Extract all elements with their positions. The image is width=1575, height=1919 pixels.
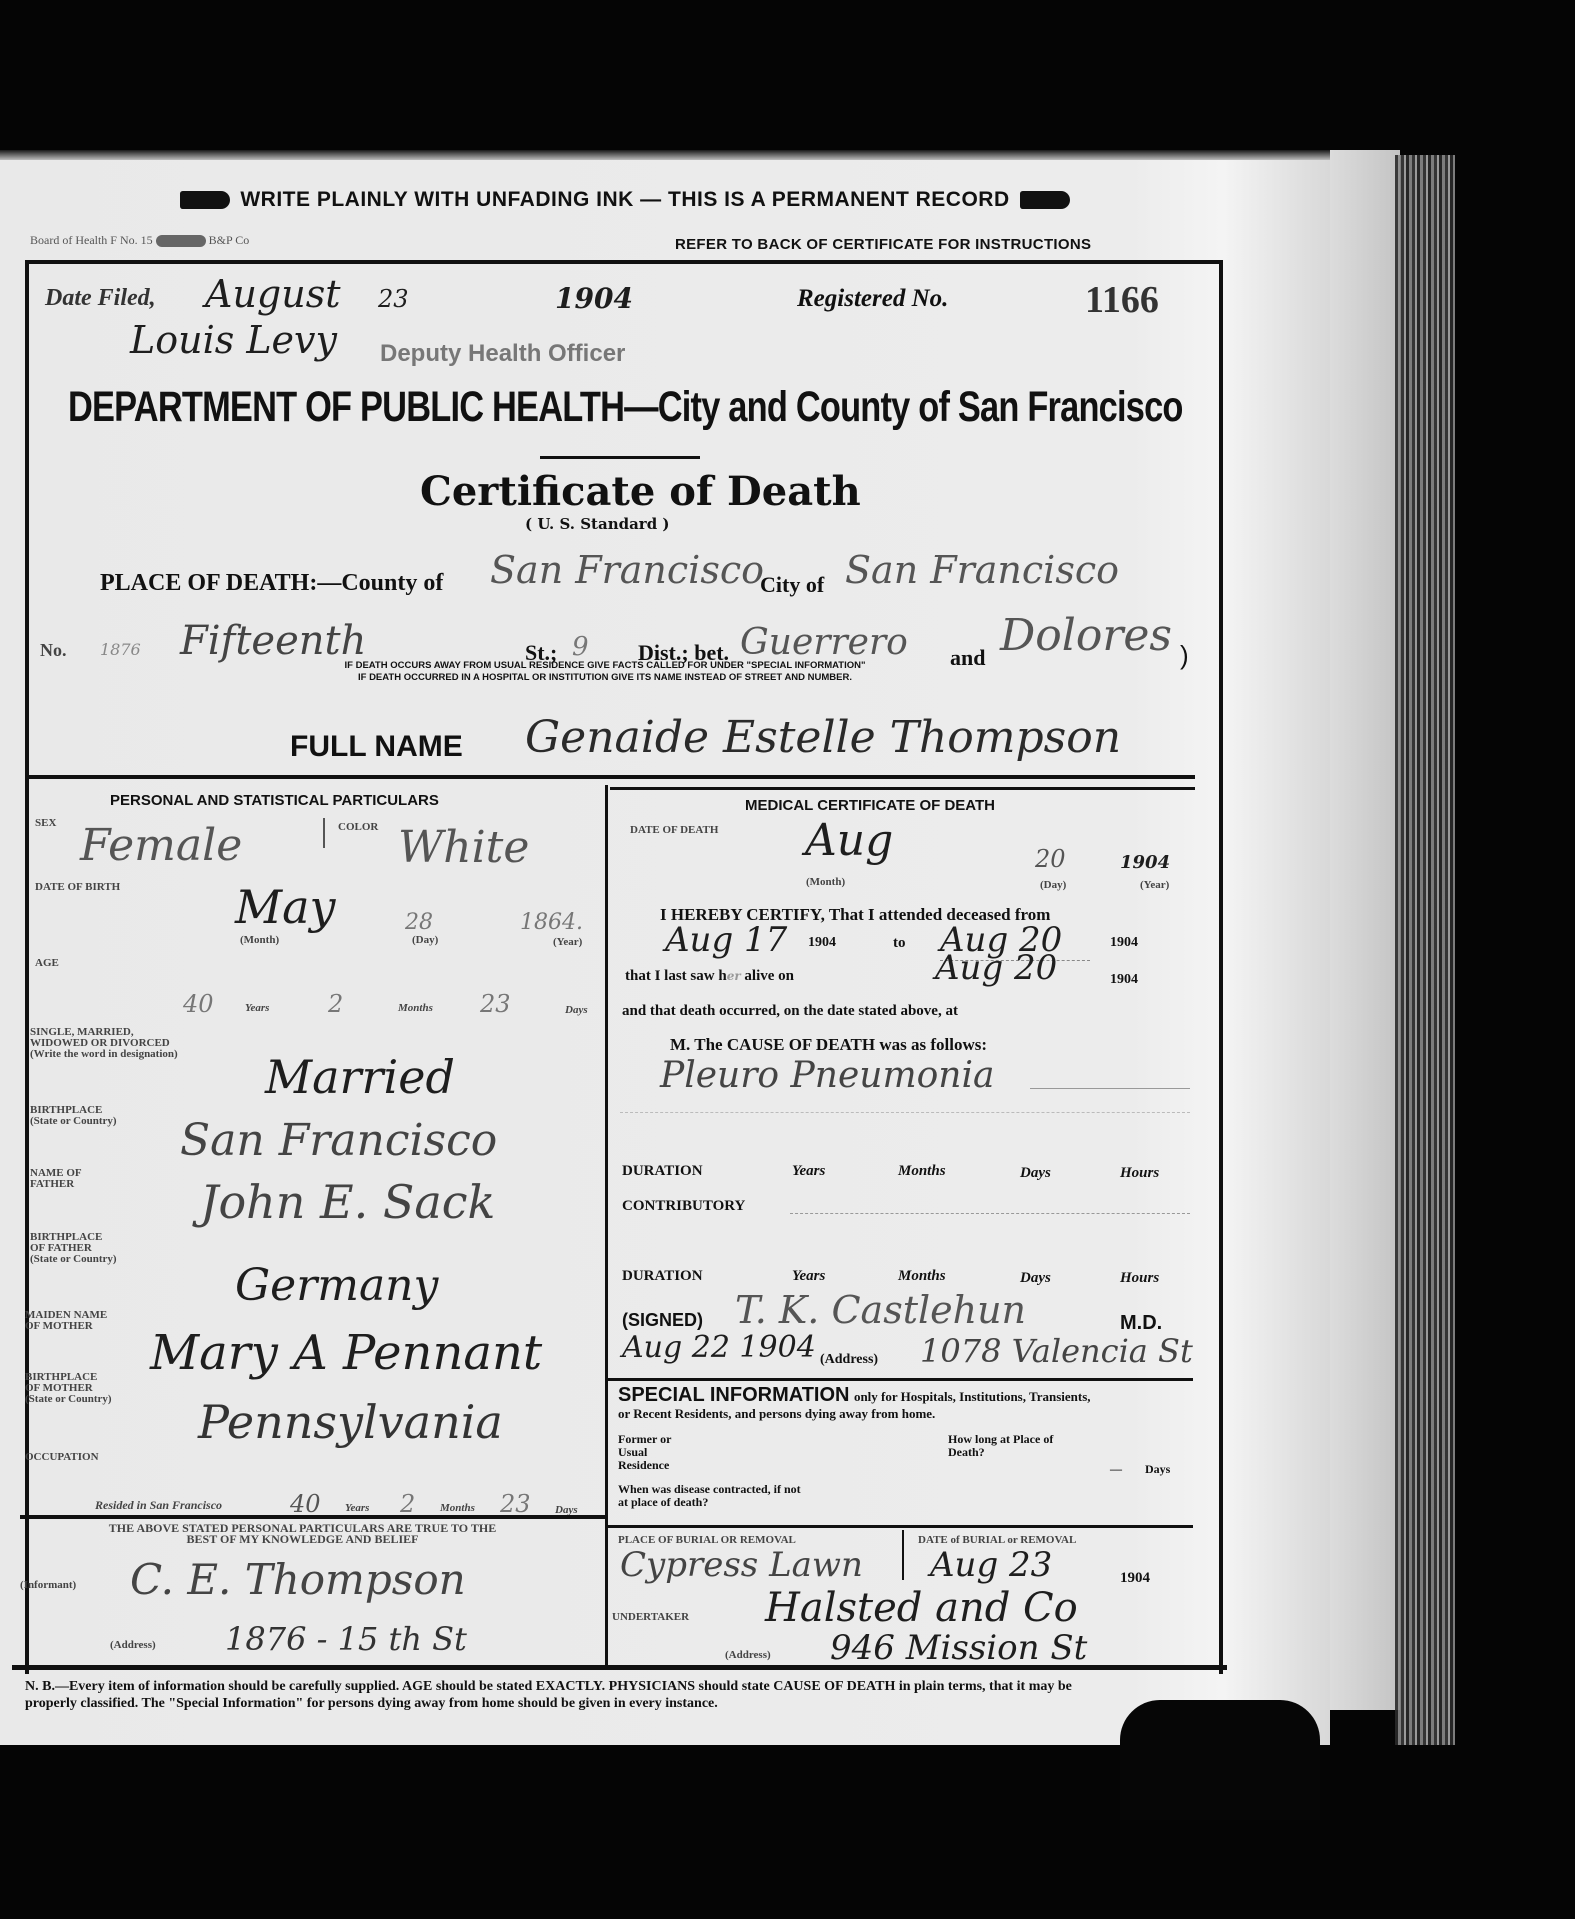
informant-label: (Informant) (20, 1580, 76, 1591)
form-number-text: Board of Health F No. 15 (30, 233, 153, 247)
duration-hours-2: Hours (1120, 1270, 1159, 1287)
age-days: 23 (480, 990, 511, 1018)
printer-seal-icon (156, 235, 206, 247)
cause-value: Pleuro Pneumonia (660, 1055, 994, 1096)
informant-name: C. E. Thompson (130, 1555, 466, 1604)
dob-year-caption: (Year) (553, 937, 582, 948)
duration-hours-1: Hours (1120, 1165, 1159, 1182)
certificate-title: Certificate of Death (420, 468, 861, 515)
occurred-text: and that death occurred, on the date sta… (622, 1003, 958, 1020)
burial-year: 1904 (1120, 1570, 1150, 1587)
place-of-death-notes: IF DEATH OCCURS AWAY FROM USUAL RESIDENC… (165, 660, 1045, 684)
physician-address: 1078 Valencia St (920, 1332, 1193, 1370)
duration-years-1: Years (792, 1163, 825, 1180)
dob-day-caption: (Day) (412, 935, 438, 946)
date-filed-label: Date Filed, (45, 285, 156, 312)
how-long-dash: — (1110, 1462, 1122, 1477)
note-line-1: IF DEATH OCCURS AWAY FROM USUAL RESIDENC… (165, 660, 1045, 672)
father-birthplace-value: Germany (235, 1260, 438, 1311)
ink-warning: WRITE PLAINLY WITH UNFADING INK — THIS I… (80, 188, 1170, 212)
color-value: White (398, 822, 529, 873)
special-heading: SPECIAL INFORMATION only for Hospitals, … (618, 1384, 1091, 1407)
date-filed-year: 1904 (555, 282, 633, 315)
us-standard: ( U. S. Standard ) (525, 515, 670, 533)
sex-color-divider (323, 818, 325, 848)
dod-day: 20 (1035, 845, 1066, 873)
mother-birthplace-label: BIRTHPLACE OF MOTHER (State or Country) (25, 1372, 112, 1405)
birthplace-label: BIRTHPLACE (State or Country) (30, 1105, 117, 1127)
dod-year: 1904 (1120, 852, 1170, 873)
birthplace-label-2: (State or Country) (30, 1116, 117, 1127)
informant-rule (20, 1515, 605, 1519)
contributory-line (790, 1213, 1190, 1214)
date-filed-day: 23 (378, 285, 409, 313)
age-years: 40 (183, 990, 214, 1018)
physician-signature: T. K. Castlehun (735, 1288, 1026, 1332)
age-years-caption: Years (245, 1003, 269, 1014)
personal-heading: PERSONAL AND STATISTICAL PARTICULARS (110, 792, 439, 809)
undertaker-address-label: (Address) (725, 1650, 771, 1661)
resided-months: 2 (400, 1490, 415, 1518)
mother-value: Mary A Pennant (150, 1325, 542, 1381)
full-name-label: FULL NAME (290, 730, 463, 764)
registered-label: Registered No. (797, 285, 948, 313)
attended-from: Aug 17 (665, 920, 787, 960)
street-number-label: No. (40, 640, 67, 661)
father-birthplace-label: BIRTHPLACE OF FATHER (State or Country) (30, 1232, 117, 1265)
resided-years: 40 (290, 1490, 321, 1518)
pointing-hand-icon (180, 191, 230, 209)
cause-line (1030, 1088, 1190, 1089)
duration-label-1: DURATION (622, 1163, 703, 1180)
color-label: COLOR (338, 822, 378, 833)
how-long-label: How long at Place of Death? (948, 1433, 1058, 1459)
duration-months-1: Months (898, 1163, 946, 1180)
birthplace-value: San Francisco (180, 1115, 497, 1166)
mother-label: MAIDEN NAME OF MOTHER (25, 1310, 107, 1332)
ledger-page-stack (1395, 155, 1455, 1755)
county-value: San Francisco (490, 548, 764, 592)
informant-statement: THE ABOVE STATED PERSONAL PARTICULARS AR… (20, 1523, 585, 1545)
duration-label-2: DURATION (622, 1268, 703, 1285)
alive-on-text: alive on (744, 968, 794, 984)
between-street-1: Guerrero (740, 622, 908, 663)
duration-days-1: Days (1020, 1165, 1051, 1182)
attended-to-year: 1904 (1110, 935, 1138, 951)
city-label: City of (760, 572, 824, 598)
resided-label: Resided in San Francisco (95, 1500, 222, 1511)
page-margin (1330, 150, 1400, 1710)
last-saw-text: that I last saw her alive on (625, 968, 794, 985)
undertaker-label: UNDERTAKER (612, 1612, 689, 1623)
sex-label: SEX (35, 818, 56, 829)
registered-number: 1166 (1085, 278, 1159, 322)
informant-address: 1876 - 15 th St (225, 1620, 467, 1658)
age-months-caption: Months (398, 1003, 433, 1014)
last-saw-date: Aug 20 (935, 948, 1057, 988)
last-saw-year: 1904 (1110, 972, 1138, 988)
signed-date: Aug 22 1904 (622, 1330, 816, 1365)
father-bp-label-3: (State or Country) (30, 1254, 117, 1265)
special-heading-line2: or Recent Residents, and persons dying a… (618, 1406, 935, 1422)
contributory-label: CONTRIBUTORY (622, 1198, 745, 1215)
dob-label: DATE OF BIRTH (35, 882, 120, 893)
cause-line-2 (620, 1112, 1190, 1113)
refer-instructions: REFER TO BACK OF CERTIFICATE FOR INSTRUC… (675, 236, 1091, 253)
warning-text: WRITE PLAINLY WITH UNFADING INK — THIS I… (240, 188, 1009, 211)
occupation-label: OCCUPATION (25, 1452, 99, 1463)
to-label: to (893, 935, 906, 952)
how-long-days: Days (1145, 1462, 1170, 1477)
special-heading-rest: only for Hospitals, Institutions, Transi… (854, 1389, 1091, 1404)
age-days-caption: Days (565, 1005, 588, 1016)
mother-label-2: OF MOTHER (25, 1321, 107, 1332)
age-label: AGE (35, 958, 59, 969)
dod-year-caption: (Year) (1140, 880, 1169, 891)
column-divider (605, 785, 608, 1670)
duration-days-2: Days (1020, 1270, 1051, 1287)
full-name-value: Genaide Estelle Thompson (525, 712, 1121, 763)
paren-close: ) (1180, 640, 1189, 671)
resided-years-caption: Years (345, 1503, 369, 1514)
cause-text: M. The CAUSE OF DEATH was as follows: (670, 1035, 987, 1055)
special-rule (608, 1378, 1193, 1381)
resided-months-caption: Months (440, 1503, 475, 1514)
father-label-2: FATHER (30, 1179, 82, 1190)
department-title: DEPARTMENT OF PUBLIC HEALTH—City and Cou… (68, 383, 1183, 432)
footnote: N. B.—Every item of information should b… (25, 1678, 1105, 1712)
special-heading-title: SPECIAL INFORMATION (618, 1384, 849, 1406)
date-filed-month: August (205, 272, 341, 316)
burial-rule (608, 1525, 1193, 1528)
form-number: Board of Health F No. 15 B&P Co (30, 233, 249, 248)
medical-heading: MEDICAL CERTIFICATE OF DEATH (745, 797, 995, 814)
medical-top-rule (610, 787, 1195, 790)
last-saw-prefix: that I last saw h (625, 968, 727, 984)
father-value: John E. Sack (200, 1175, 495, 1229)
dod-label: DATE OF DEATH (630, 825, 718, 836)
dob-month-caption: (Month) (240, 935, 279, 946)
dob-month: May (235, 880, 336, 934)
signed-label: (SIGNED) (622, 1310, 703, 1331)
note-line-2: IF DEATH OCCURRED IN A HOSPITAL OR INSTI… (165, 672, 1045, 684)
officer-signature: Louis Levy (130, 318, 337, 362)
attended-from-year: 1904 (808, 935, 836, 951)
pointing-hand-icon (1020, 191, 1070, 209)
statement-line-2: BEST OF MY KNOWLEDGE AND BELIEF (20, 1534, 585, 1545)
officer-title: Deputy Health Officer (380, 340, 625, 368)
undertaker-value: Halsted and Co (765, 1585, 1078, 1631)
dod-day-caption: (Day) (1040, 880, 1066, 891)
duration-months-2: Months (898, 1268, 946, 1285)
last-saw-pronoun: er (727, 969, 741, 983)
dod-month-caption: (Month) (806, 877, 845, 888)
between-street-2: Dolores (1000, 610, 1172, 661)
sex-value: Female (80, 820, 242, 871)
age-months: 2 (328, 990, 343, 1018)
resided-days: 23 (500, 1490, 531, 1518)
thumb-shadow (1120, 1700, 1320, 1820)
marital-label: SINGLE, MARRIED, WIDOWED OR DIVORCED (Wr… (30, 1027, 178, 1060)
mother-birthplace-value: Pennsylvania (198, 1395, 503, 1449)
undertaker-address: 946 Mission St (830, 1628, 1087, 1668)
printer-text: B&P Co (209, 233, 250, 247)
former-residence-label: Former or Usual Residence (618, 1433, 698, 1472)
marital-value: Married (265, 1050, 455, 1104)
marital-label-3: (Write the word in designation) (30, 1049, 178, 1060)
duration-years-2: Years (792, 1268, 825, 1285)
mother-bp-label-3: (State or Country) (25, 1394, 112, 1405)
place-of-death-label: PLACE OF DEATH:—County of (100, 570, 443, 597)
burial-date: Aug 23 (930, 1545, 1052, 1585)
burial-place: Cypress Lawn (620, 1545, 863, 1585)
burial-divider (902, 1530, 904, 1580)
physician-address-label: (Address) (820, 1352, 878, 1368)
name-rule (25, 775, 1195, 779)
dob-year: 1864. (520, 910, 583, 935)
street-number-value: 1876 (100, 640, 141, 659)
street-value: Fifteenth (180, 618, 366, 664)
dob-day: 28 (405, 910, 433, 935)
father-label: NAME OF FATHER (30, 1168, 82, 1190)
contracted-label: When was disease contracted, if not at p… (618, 1483, 808, 1509)
title-rule (540, 456, 700, 459)
ward-value: 9 (572, 632, 589, 662)
city-value: San Francisco (845, 548, 1119, 592)
page-edge (0, 150, 1330, 160)
informant-address-label: (Address) (110, 1640, 156, 1651)
dark-background (0, 1745, 1575, 1919)
dod-month: Aug (805, 815, 893, 866)
